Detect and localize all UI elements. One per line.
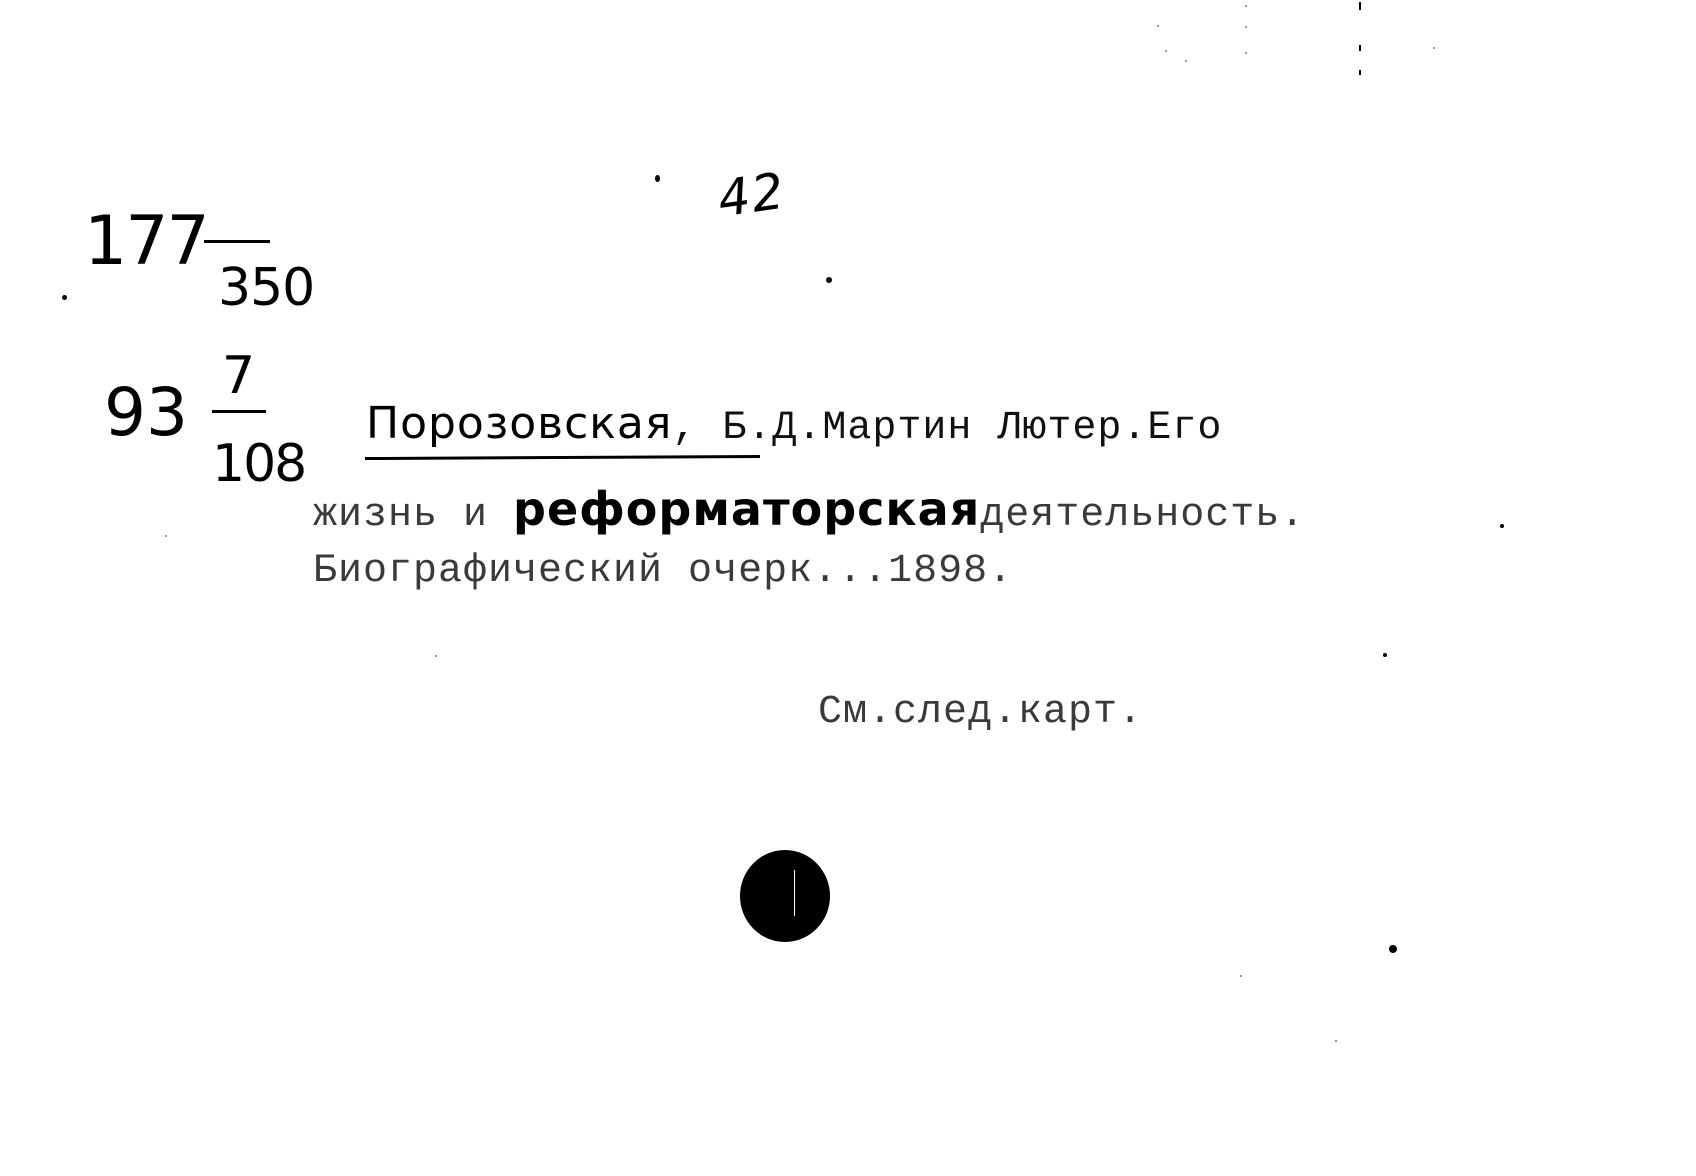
folio-mark: 42 xyxy=(715,166,789,225)
speck xyxy=(1157,25,1159,27)
ink-dot xyxy=(1383,653,1387,657)
ink-dot xyxy=(826,277,832,283)
speck xyxy=(1359,45,1361,51)
speck xyxy=(1240,975,1242,977)
speck xyxy=(165,535,167,537)
see-next-card-note: См.след.карт. xyxy=(818,693,1143,733)
speck xyxy=(1359,70,1361,75)
speck xyxy=(435,655,437,657)
catalog-card: 42 177 350 93 7 108 Порозовская, Б.Д.Мар… xyxy=(0,0,1696,1176)
title-part-1: жизнь и xyxy=(313,493,513,538)
punch-hole xyxy=(740,850,830,942)
speck xyxy=(1359,2,1361,10)
author-underline xyxy=(365,455,760,460)
author-initials-and-title: , Б.Д.Мартин Лютер.Его xyxy=(672,406,1222,451)
shelfmark-top-bar xyxy=(204,240,270,243)
shelfmark-main-numerator: 7 xyxy=(222,350,257,402)
speck xyxy=(1245,52,1247,54)
ink-dot xyxy=(1500,524,1504,528)
ink-dot xyxy=(1389,945,1397,953)
speck xyxy=(1245,5,1247,7)
shelfmark-top-number: 177 xyxy=(84,208,208,276)
shelfmark-main-number: 93 xyxy=(104,380,188,446)
shelfmark-main-denominator: 108 xyxy=(212,438,305,490)
speck xyxy=(1245,26,1247,28)
author-name: Порозовская xyxy=(366,398,672,449)
speck xyxy=(1335,1040,1337,1042)
title-part-2: реформаторская xyxy=(513,482,980,536)
ink-dot xyxy=(655,175,660,182)
shelfmark-top-denominator: 350 xyxy=(218,262,314,314)
ink-dot xyxy=(62,295,67,300)
entry-line-2: жизнь и реформаторскаядеятельность. xyxy=(313,486,1305,536)
title-part-3: деятельность. xyxy=(980,493,1305,538)
entry-line-1: Порозовская, Б.Д.Мартин Лютер.Его xyxy=(366,402,1222,449)
entry-line-3: Биографический очерк...1898. xyxy=(313,552,1013,592)
speck xyxy=(1433,47,1435,49)
speck xyxy=(1185,60,1187,62)
shelfmark-main-bar xyxy=(212,410,266,413)
speck xyxy=(1165,50,1167,52)
